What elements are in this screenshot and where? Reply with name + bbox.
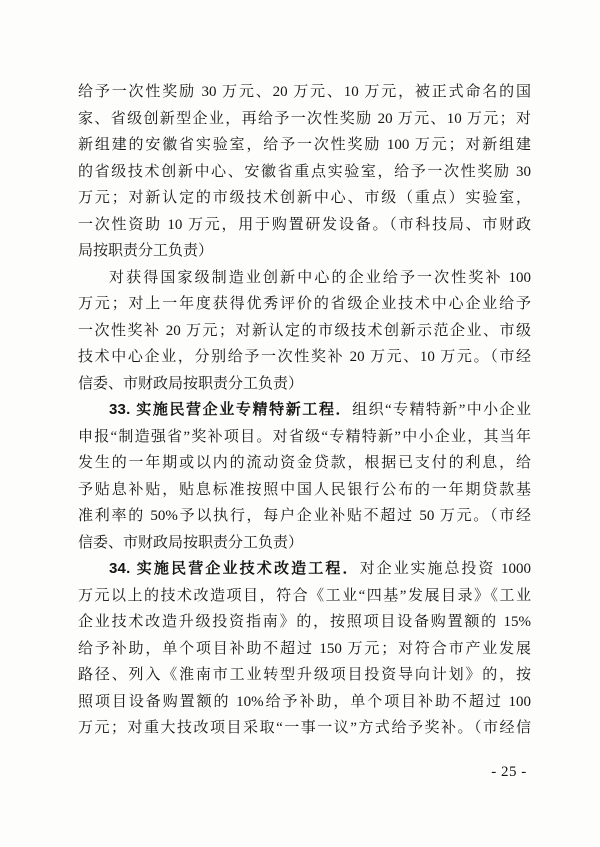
text-run: 组织“专精特新”中小企业: [352, 402, 531, 418]
text-line: 一次性奖补 20 万元；对新认定的市级技术创新示范企业、市级: [78, 318, 531, 345]
text-run: 一次性奖补 20 万元；对新认定的市级技术创新示范企业、市级: [78, 323, 531, 339]
text-run: 发生的一年期或以内的流动资金贷款，根据已支付的利息，给: [78, 455, 531, 471]
body-text: 给予一次性奖励 30 万元、20 万元、10 万元，被正式命名的国家、省级创新型…: [78, 79, 531, 742]
text-line: 信委、市财政局按职责分工负责）: [78, 371, 531, 398]
text-run: 局按职责分工负责）: [78, 243, 213, 259]
text-line: 33. 实施民营企业专精特新工程．组织“专精特新”中小企业: [78, 397, 531, 424]
text-line: 申报“制造强省”奖补项目。对省级“专精特新”中小企业，其当年: [78, 424, 531, 451]
text-line: 新组建的安徽省实验室，给予一次性奖励 100 万元；对新组建: [78, 132, 531, 159]
text-run: 企业技术改造升级投资指南》的，按照项目设备购置额的 15%: [78, 614, 531, 630]
text-line: 技术中心企业，分别给予一次性奖补 20 万元、10 万元。（市经: [78, 344, 531, 371]
text-run: 万元以上的技术改造项目，符合《工业“四基”发展目录》《工业: [78, 588, 531, 604]
text-run: 照项目设备购置额的 10%给予补助，单个项目补助不超过 100: [78, 694, 531, 710]
text-run: 万元；对重大技改项目采取“一事一议”方式给予奖补。（市经信: [78, 720, 531, 736]
text-line: 准利率的 50%予以执行，每户企业补贴不超过 50 万元。（市经: [78, 503, 531, 530]
document-page: 给予一次性奖励 30 万元、20 万元、10 万元，被正式命名的国家、省级创新型…: [0, 0, 600, 847]
text-line: 对获得国家级制造业创新中心的企业给予一次性奖补 100: [78, 265, 531, 292]
text-run: 准利率的 50%予以执行，每户企业补贴不超过 50 万元。（市经: [78, 508, 531, 524]
text-line: 给予一次性奖励 30 万元、20 万元、10 万元，被正式命名的国: [78, 79, 531, 106]
text-line: 万元；对新认定的市级技术创新中心、市级（重点）实验室，: [78, 185, 531, 212]
text-line: 予贴息补贴，贴息标准按照中国人民银行公布的一年期贷款基: [78, 477, 531, 504]
text-line: 家、省级创新型企业，再给予一次性奖励 20 万元、10 万元；对: [78, 106, 531, 133]
text-run: 万元；对上一年度获得优秀评价的省级企业技术中心企业给予: [78, 296, 531, 312]
page-number: - 25 -: [486, 762, 532, 782]
text-run: 一次性资助 10 万元，用于购置研发设备。（市科技局、市财政: [78, 217, 531, 233]
text-line: 一次性资助 10 万元，用于购置研发设备。（市科技局、市财政: [78, 212, 531, 239]
text-run: 给予一次性奖励 30 万元、20 万元、10 万元，被正式命名的国: [78, 84, 531, 100]
text-run: 对企业实施总投资 1000: [360, 561, 531, 577]
text-run: 予贴息补贴，贴息标准按照中国人民银行公布的一年期贷款基: [78, 482, 531, 498]
text-run: 信委、市财政局按职责分工负责）: [78, 535, 303, 551]
heading-run: 34. 实施民营企业技术改造工程．: [109, 560, 360, 577]
text-line: 万元；对重大技改项目采取“一事一议”方式给予奖补。（市经信: [78, 715, 531, 742]
text-run: 的省级技术创新中心、安徽省重点实验室，给予一次性奖励 30: [78, 164, 531, 180]
text-run: 新组建的安徽省实验室，给予一次性奖励 100 万元；对新组建: [78, 137, 531, 153]
text-line: 信委、市财政局按职责分工负责）: [78, 530, 531, 557]
text-line: 发生的一年期或以内的流动资金贷款，根据已支付的利息，给: [78, 450, 531, 477]
text-line: 34. 实施民营企业技术改造工程．对企业实施总投资 1000: [78, 556, 531, 583]
text-run: 路径、列入《淮南市工业转型升级项目投资导向计划》的，按: [78, 667, 531, 683]
text-line: 万元以上的技术改造项目，符合《工业“四基”发展目录》《工业: [78, 583, 531, 610]
text-line: 照项目设备购置额的 10%给予补助，单个项目补助不超过 100: [78, 689, 531, 716]
text-run: 家、省级创新型企业，再给予一次性奖励 20 万元、10 万元；对: [78, 111, 531, 127]
text-run: 给予补助，单个项目补助不超过 150 万元；对符合市产业发展: [78, 641, 531, 657]
text-line: 路径、列入《淮南市工业转型升级项目投资导向计划》的，按: [78, 662, 531, 689]
text-line: 万元；对上一年度获得优秀评价的省级企业技术中心企业给予: [78, 291, 531, 318]
text-line: 企业技术改造升级投资指南》的，按照项目设备购置额的 15%: [78, 609, 531, 636]
text-line: 给予补助，单个项目补助不超过 150 万元；对符合市产业发展: [78, 636, 531, 663]
text-run: 申报“制造强省”奖补项目。对省级“专精特新”中小企业，其当年: [78, 429, 531, 445]
text-run: 对获得国家级制造业创新中心的企业给予一次性奖补 100: [109, 270, 531, 286]
text-line: 的省级技术创新中心、安徽省重点实验室，给予一次性奖励 30: [78, 159, 531, 186]
text-line: 局按职责分工负责）: [78, 238, 531, 265]
text-run: 万元；对新认定的市级技术创新中心、市级（重点）实验室，: [78, 190, 531, 206]
text-run: 技术中心企业，分别给予一次性奖补 20 万元、10 万元。（市经: [78, 349, 531, 365]
text-run: 信委、市财政局按职责分工负责）: [78, 376, 303, 392]
heading-run: 33. 实施民营企业专精特新工程．: [109, 401, 352, 418]
